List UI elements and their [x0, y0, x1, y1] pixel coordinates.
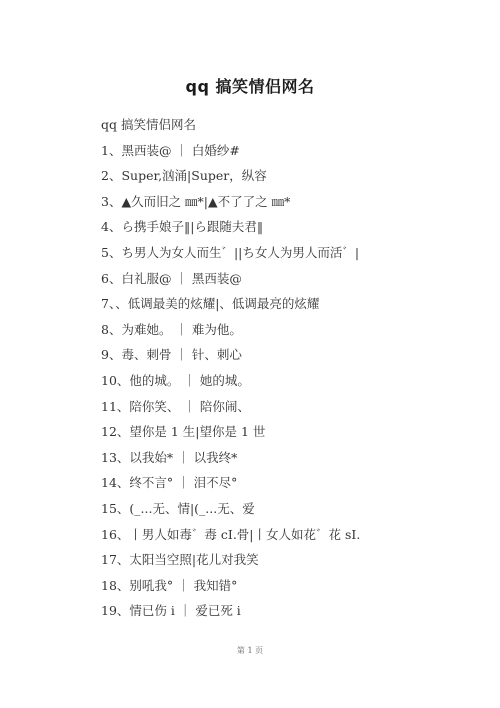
list-item: 12、望你是 1 生|望你是 1 世 — [101, 419, 441, 445]
list-item: 14、终不言° ｜ 泪不尽° — [101, 470, 441, 496]
list-item: 3、▲久而旧之 ㎜*|▲不了了之 ㎜* — [101, 189, 441, 215]
document-title: qq 搞笑情侣网名 — [0, 74, 500, 97]
list-item: 17、太阳当空照|花儿对我笑 — [101, 547, 441, 573]
list-item: 6、白礼服@ ｜ 黑西装@ — [101, 266, 441, 292]
list-item: 9、毒、刺骨 ｜ 针、刺心 — [101, 342, 441, 368]
list-item: 10、他的城。 ｜ 她的城。 — [101, 368, 441, 394]
list-item: 19、情已伤 i ｜ 爱已死 i — [101, 598, 441, 624]
list-item: 2、Super,汹涌|Super，纵容 — [101, 163, 441, 189]
document-page: qq 搞笑情侣网名 qq 搞笑情侣网名 1、黑西装@ ｜ 白婚纱# 2、Supe… — [0, 0, 500, 708]
subtitle: qq 搞笑情侣网名 — [101, 112, 441, 138]
list-item: 16、丨男人如毒゛毒 cI.骨|丨女人如花゛花 sI. — [101, 522, 441, 548]
list-item: 18、别吼我° ｜ 我知错° — [101, 573, 441, 599]
list-item: 5、ち男人为女人而生゛||ち女人为男人而活゛| — [101, 240, 441, 266]
list-item: 15、(_...无、情|(_...无、爱 — [101, 496, 441, 522]
page-number: 第 1 页 — [0, 645, 500, 656]
list-item: 1、黑西装@ ｜ 白婚纱# — [101, 138, 441, 164]
document-body: qq 搞笑情侣网名 1、黑西装@ ｜ 白婚纱# 2、Super,汹涌|Super… — [101, 112, 441, 624]
list-item: 13、以我始* ｜ 以我终* — [101, 445, 441, 471]
list-item: 8、为难她。 ｜ 难为他。 — [101, 317, 441, 343]
list-item: 7、、低调最美的炫耀|、低调最亮的炫耀 — [101, 291, 441, 317]
list-item: 11、陪你笑、 ｜ 陪你闹、 — [101, 394, 441, 420]
list-item: 4、ら携手娘子‖|ら跟随夫君‖ — [101, 214, 441, 240]
